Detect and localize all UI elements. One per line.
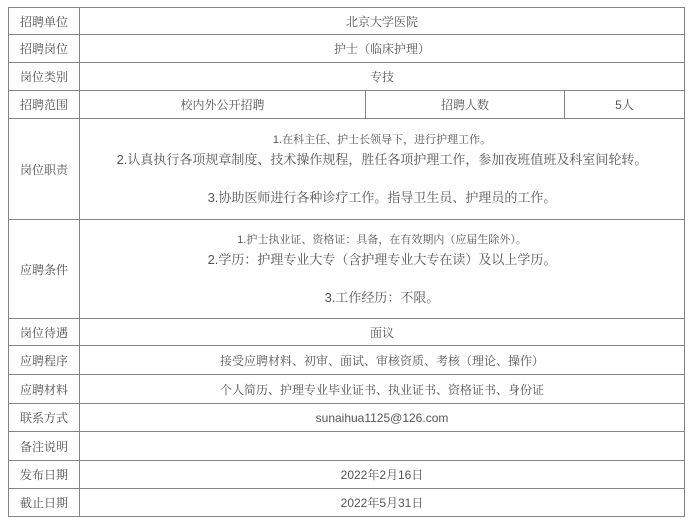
row-value-position: 护士（临床护理）: [80, 35, 685, 63]
row-label-headcount: 招聘人数: [366, 91, 565, 119]
table-row-position: 招聘岗位 护士（临床护理）: [9, 35, 685, 63]
row-value-remarks: [80, 432, 685, 461]
requirements-line-3: 3.工作经历：不限。: [84, 288, 680, 307]
row-value-deadline: 2022年5月31日: [80, 489, 685, 517]
row-value-headcount: 5人: [565, 91, 685, 119]
table-row-category: 岗位类别 专技: [9, 63, 685, 91]
table-row-deadline: 截止日期 2022年5月31日: [9, 489, 685, 517]
row-value-duties: 1.在科主任、护士长领导下，进行护理工作。 2.认真执行各项规章制度、技术操作规…: [80, 119, 685, 220]
row-label-category: 岗位类别: [9, 63, 80, 91]
row-value-contact-email: sunaihua1125@126.com: [80, 404, 685, 432]
row-label-procedure: 应聘程序: [9, 346, 80, 375]
table-row-salary: 岗位待遇 面议: [9, 319, 685, 346]
duties-line-3: 3.协助医师进行各种诊疗工作。指导卫生员、护理员的工作。: [84, 188, 680, 207]
row-value-recruiting-unit: 北京大学医院: [80, 8, 685, 35]
row-value-scope: 校内外公开招聘: [80, 91, 366, 119]
row-label-deadline: 截止日期: [9, 489, 80, 517]
row-value-salary: 面议: [80, 319, 685, 346]
row-label-scope: 招聘范围: [9, 91, 80, 119]
recruitment-table: 招聘单位 北京大学医院 招聘岗位 护士（临床护理） 岗位类别 专技 招聘范围 校…: [8, 7, 685, 517]
requirements-line-1: 1.护士执业证、资格证：具备，在有效期内（应届生除外）。: [84, 231, 680, 250]
row-label-materials: 应聘材料: [9, 375, 80, 404]
row-label-remarks: 备注说明: [9, 432, 80, 461]
duties-line-1: 1.在科主任、护士长领导下，进行护理工作。: [84, 131, 680, 150]
table-row-publish-date: 发布日期 2022年2月16日: [9, 461, 685, 489]
table-row-scope: 招聘范围 校内外公开招聘 招聘人数 5人: [9, 91, 685, 119]
row-label-contact: 联系方式: [9, 404, 80, 432]
table-row-procedure: 应聘程序 接受应聘材料、初审、面试、审核资质、考核（理论、操作）: [9, 346, 685, 375]
table-row-recruiting-unit: 招聘单位 北京大学医院: [9, 8, 685, 35]
row-value-materials: 个人简历、护理专业毕业证书、执业证书、资格证书、身份证: [80, 375, 685, 404]
row-value-category: 专技: [80, 63, 685, 91]
row-label-recruiting-unit: 招聘单位: [9, 8, 80, 35]
row-label-publish-date: 发布日期: [9, 461, 80, 489]
row-label-salary: 岗位待遇: [9, 319, 80, 346]
table-row-materials: 应聘材料 个人简历、护理专业毕业证书、执业证书、资格证书、身份证: [9, 375, 685, 404]
requirements-line-spacer: [84, 269, 680, 288]
row-label-position: 招聘岗位: [9, 35, 80, 63]
requirements-line-2: 2.学历：护理专业大专（含护理专业大专在读）及以上学历。: [84, 250, 680, 269]
row-value-procedure: 接受应聘材料、初审、面试、审核资质、考核（理论、操作）: [80, 346, 685, 375]
duties-line-spacer: [84, 169, 680, 188]
table-row-remarks: 备注说明: [9, 432, 685, 461]
row-value-publish-date: 2022年2月16日: [80, 461, 685, 489]
duties-line-2: 2.认真执行各项规章制度、技术操作规程，胜任各项护理工作，参加夜班值班及科室间轮…: [84, 150, 680, 169]
row-label-duties: 岗位职责: [9, 119, 80, 220]
table-row-contact: 联系方式 sunaihua1125@126.com: [9, 404, 685, 432]
row-label-requirements: 应聘条件: [9, 220, 80, 319]
table-row-requirements: 应聘条件 1.护士执业证、资格证：具备，在有效期内（应届生除外）。 2.学历：护…: [9, 220, 685, 319]
table-row-duties: 岗位职责 1.在科主任、护士长领导下，进行护理工作。 2.认真执行各项规章制度、…: [9, 119, 685, 220]
row-value-requirements: 1.护士执业证、资格证：具备，在有效期内（应届生除外）。 2.学历：护理专业大专…: [80, 220, 685, 319]
